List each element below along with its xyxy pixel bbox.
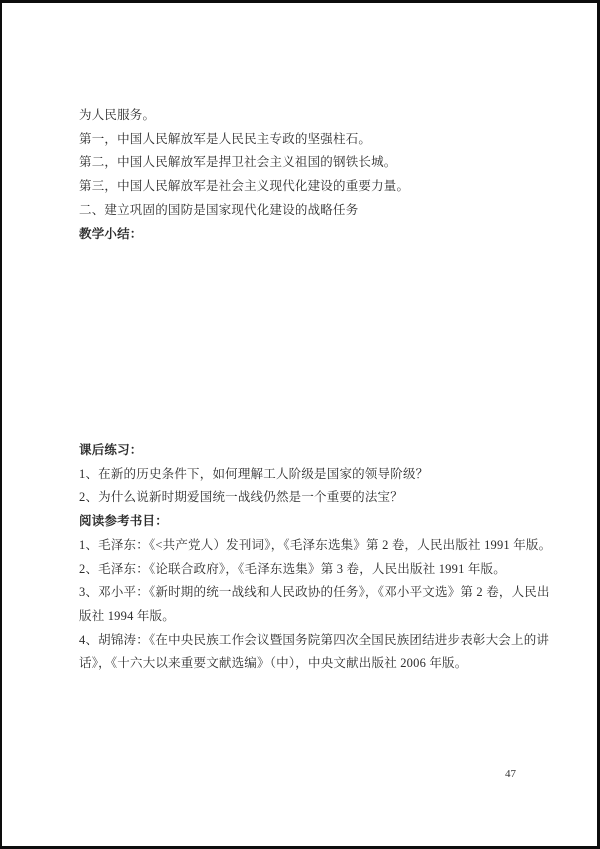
reading-item-4: 4、胡锦涛：《在中央民族工作会议暨国务院第四次全国民族团结进步表彰大会上的讲话》… bbox=[79, 629, 553, 676]
body-line-point-2: 第二，中国人民解放军是捍卫社会主义祖国的钢铁长城。 bbox=[79, 151, 553, 175]
exercise-item-1: 1、在新的历史条件下，如何理解工人阶级是国家的领导阶级？ bbox=[79, 463, 553, 487]
readings-heading: 阅读参考书目： bbox=[79, 510, 553, 534]
reading-item-3: 3、邓小平：《新时期的统一战线和人民政协的任务》，《邓小平文选》第 2 卷，人民… bbox=[79, 581, 553, 628]
exercises-heading: 课后练习： bbox=[79, 439, 553, 463]
reading-item-2: 2、毛泽东：《论联合政府》，《毛泽东选集》第 3 卷，人民出版社 1991 年版… bbox=[79, 558, 553, 582]
exercise-item-2: 2、为什么说新时期爱国统一战线仍然是一个重要的法宝？ bbox=[79, 486, 553, 510]
scanned-document-page: 为人民服务。 第一，中国人民解放军是人民民主专政的坚强柱石。 第二，中国人民解放… bbox=[0, 0, 600, 849]
body-line-point-3: 第三，中国人民解放军是社会主义现代化建设的重要力量。 bbox=[79, 175, 553, 199]
page-number: 47 bbox=[505, 767, 516, 781]
body-line-section-two-title: 二、建立巩固的国防是国家现代化建设的战略任务 bbox=[79, 199, 553, 223]
body-line-serve-the-people: 为人民服务。 bbox=[79, 104, 553, 128]
reading-item-1: 1、毛泽东：《<共产党人）发刊词》，《毛泽东选集》第 2 卷，人民出版社 199… bbox=[79, 534, 553, 558]
teaching-summary-heading: 教学小结： bbox=[79, 223, 553, 247]
exercises-and-readings-block: 课后练习： 1、在新的历史条件下，如何理解工人阶级是国家的领导阶级？ 2、为什么… bbox=[79, 439, 553, 676]
lesson-points-block: 为人民服务。 第一，中国人民解放军是人民民主专政的坚强柱石。 第二，中国人民解放… bbox=[79, 104, 553, 246]
body-line-point-1: 第一，中国人民解放军是人民民主专政的坚强柱石。 bbox=[79, 128, 553, 152]
